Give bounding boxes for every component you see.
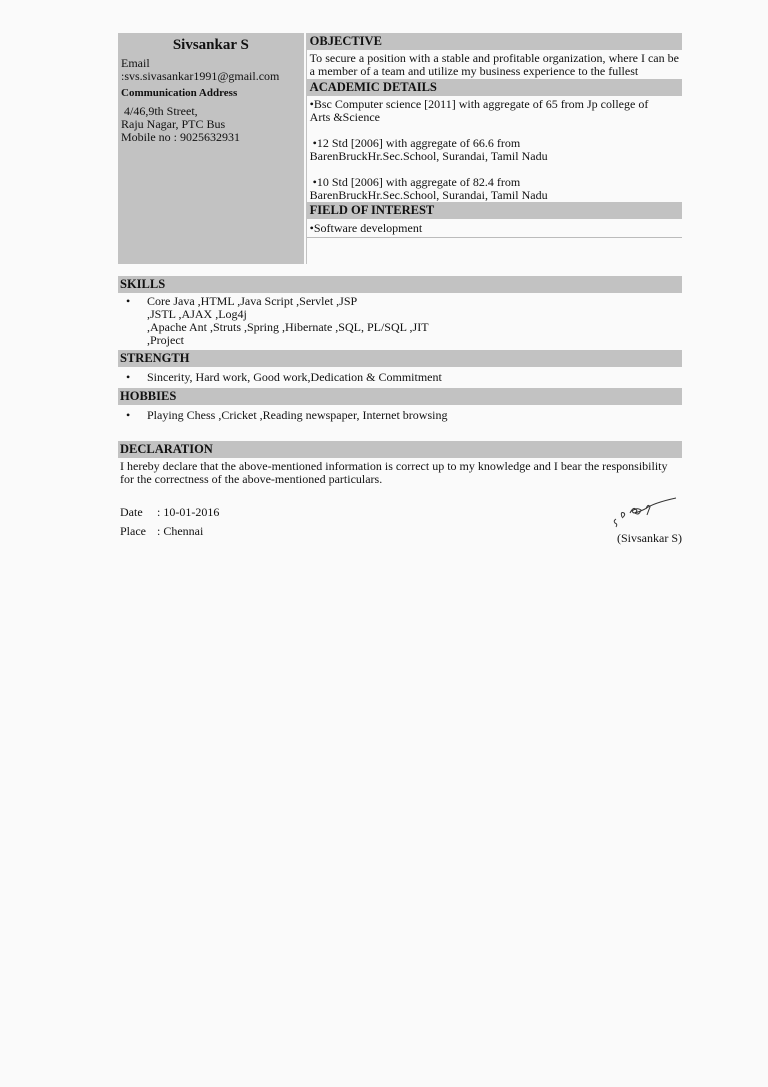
place-value: : Chennai <box>157 524 203 538</box>
signature-block: (Sivsankar S) <box>602 495 682 548</box>
academic-item-line: Arts &Science <box>307 111 682 124</box>
objective-heading: OBJECTIVE <box>307 33 682 50</box>
strength-heading: STRENGTH <box>118 350 682 367</box>
hobbies-item: • Playing Chess ,Cricket ,Reading newspa… <box>118 405 682 426</box>
top-section: Sivsankar S Email :svs.sivasankar1991@gm… <box>118 33 682 264</box>
academic-heading: ACADEMIC DETAILS <box>307 79 682 96</box>
date-value: : 10-01-2016 <box>157 505 219 519</box>
hobbies-text: Playing Chess ,Cricket ,Reading newspape… <box>147 408 447 422</box>
main-column: OBJECTIVE To secure a position with a st… <box>306 33 682 264</box>
hobbies-section: HOBBIES • Playing Chess ,Cricket ,Readin… <box>118 388 682 426</box>
academic-item: •10 Std [2006] with aggregate of 82.4 fr… <box>307 176 682 202</box>
declaration-text: I hereby declare that the above-mentione… <box>118 458 682 486</box>
address-label: Communication Address <box>121 87 301 100</box>
mobile-number: Mobile no : 9025632931 <box>121 131 301 144</box>
strength-section: STRENGTH • Sincerity, Hard work, Good wo… <box>118 350 682 388</box>
academic-item-line: BarenBruckHr.Sec.School, Surandai, Tamil… <box>307 189 682 202</box>
date-row: Date: 10-01-2016 <box>120 503 682 522</box>
signature-icon <box>608 495 682 529</box>
bullet-icon: • <box>126 371 130 384</box>
candidate-name: Sivsankar S <box>121 35 301 55</box>
bullet-icon: • <box>126 295 130 308</box>
skills-line: ,Project <box>147 334 682 347</box>
bullet-icon: • <box>126 409 130 422</box>
declaration-section: DECLARATION I hereby declare that the ab… <box>118 441 682 541</box>
strength-item: • Sincerity, Hard work, Good work,Dedica… <box>118 367 682 388</box>
skills-heading: SKILLS <box>118 276 682 293</box>
resume-page: Sivsankar S Email :svs.sivasankar1991@gm… <box>118 33 682 541</box>
strength-text: Sincerity, Hard work, Good work,Dedicati… <box>147 370 442 384</box>
academic-item-line: BarenBruckHr.Sec.School, Surandai, Tamil… <box>307 150 682 163</box>
declaration-heading: DECLARATION <box>118 441 682 458</box>
skills-item: • Core Java ,HTML ,Java Script ,Servlet … <box>118 293 682 350</box>
signature-name: (Sivsankar S) <box>602 529 682 548</box>
place-row: Place: Chennai <box>120 522 682 541</box>
interest-heading: FIELD OF INTEREST <box>307 202 682 219</box>
objective-text: To secure a position with a stable and p… <box>307 50 682 79</box>
profile-sidebar: Sivsankar S Email :svs.sivasankar1991@gm… <box>118 33 304 264</box>
academic-item: •12 Std [2006] with aggregate of 66.6 fr… <box>307 137 682 163</box>
interest-item: •Software development <box>307 219 682 238</box>
hobbies-heading: HOBBIES <box>118 388 682 405</box>
date-label: Date <box>120 503 157 522</box>
skills-section: SKILLS • Core Java ,HTML ,Java Script ,S… <box>118 276 682 350</box>
academic-list: •Bsc Computer science [2011] with aggreg… <box>307 96 682 202</box>
academic-item: •Bsc Computer science [2011] with aggreg… <box>307 96 682 124</box>
email-address: :svs.sivasankar1991@gmail.com <box>121 70 301 83</box>
skills-line: ,Apache Ant ,Struts ,Spring ,Hibernate ,… <box>147 321 682 334</box>
declaration-meta: Date: 10-01-2016 Place: Chennai (Sivsank… <box>118 503 682 541</box>
place-label: Place <box>120 522 157 541</box>
